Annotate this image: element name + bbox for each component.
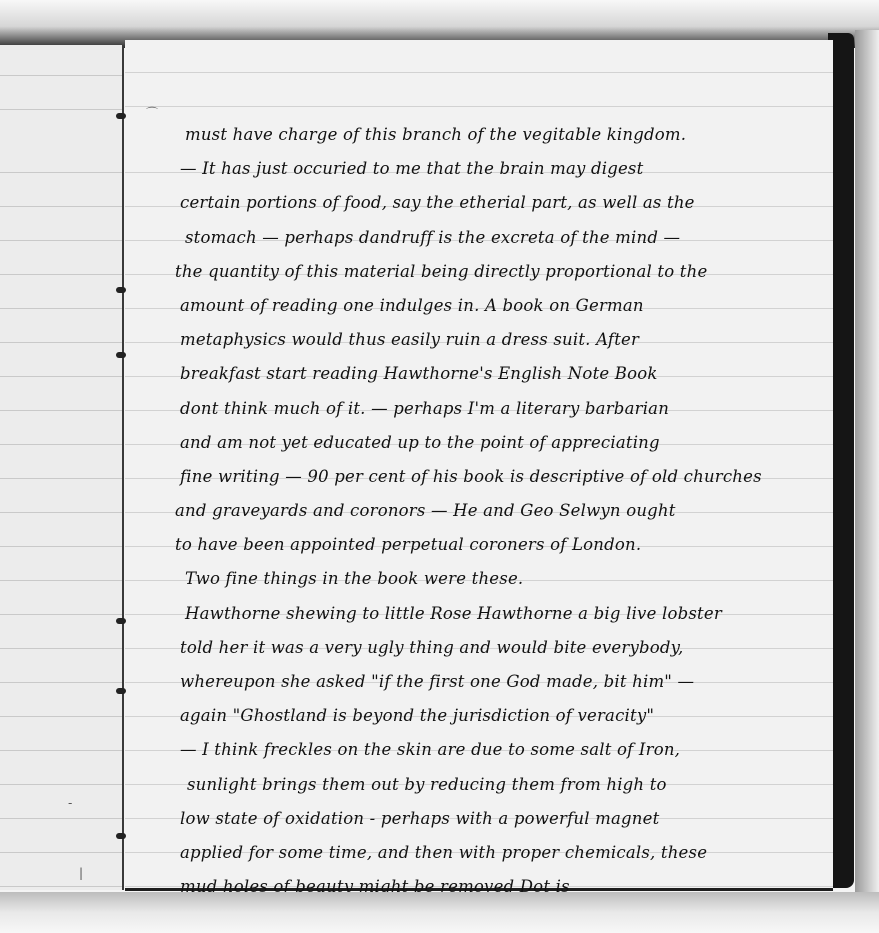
handwritten-line: Two fine things in the book were these. — [175, 562, 825, 596]
handwritten-line: must have charge of this branch of the v… — [175, 118, 825, 152]
handwritten-line: amount of reading one indulges in. A boo… — [175, 289, 825, 323]
handwritten-line: told her it was a very ugly thing and wo… — [175, 631, 825, 665]
handwritten-line: Hawthorne shewing to little Rose Hawthor… — [175, 597, 825, 631]
binding-stitch — [116, 618, 126, 624]
pencil-mark: - — [68, 796, 72, 810]
handwritten-line: fine writing — 90 per cent of his book i… — [175, 460, 825, 494]
handwritten-line: again "Ghostland is beyond the jurisdict… — [175, 699, 825, 733]
handwritten-text: must have charge of this branch of the v… — [175, 118, 825, 904]
left-page — [0, 45, 124, 890]
handwritten-line: breakfast start reading Hawthorne's Engl… — [175, 357, 825, 391]
pencil-mark: | — [79, 866, 83, 880]
pencil-mark: ⌒ — [146, 104, 158, 121]
binding-stitch — [116, 688, 126, 694]
binding-stitch — [116, 287, 126, 293]
bottom-shadow — [0, 892, 879, 933]
handwritten-line: applied for some time, and then with pro… — [175, 836, 825, 870]
handwritten-line: dont think much of it. — perhaps I'm a l… — [175, 392, 825, 426]
binding-stitch — [116, 352, 126, 358]
right-background — [855, 30, 879, 900]
handwritten-line: sunlight brings them out by reducing the… — [175, 768, 825, 802]
handwritten-line: stomach — perhaps dandruff is the excret… — [175, 221, 825, 255]
binding-stitch — [116, 833, 126, 839]
binding-stitch — [116, 113, 126, 119]
handwritten-line: — I think freckles on the skin are due t… — [175, 733, 825, 767]
handwritten-line: low state of oxidation - perhaps with a … — [175, 802, 825, 836]
handwritten-line: whereupon she asked "if the first one Go… — [175, 665, 825, 699]
handwritten-line: and am not yet educated up to the point … — [175, 426, 825, 460]
handwritten-line: metaphysics would thus easily ruin a dre… — [175, 323, 825, 357]
notebook-spine — [122, 45, 124, 890]
handwritten-line: — It has just occuried to me that the br… — [175, 152, 825, 186]
handwritten-line: the quantity of this material being dire… — [175, 255, 825, 289]
handwritten-line: and graveyards and coronors — He and Geo… — [175, 494, 825, 528]
handwritten-line: to have been appointed perpetual coroner… — [175, 528, 825, 562]
handwritten-line: certain portions of food, say the etheri… — [175, 186, 825, 220]
